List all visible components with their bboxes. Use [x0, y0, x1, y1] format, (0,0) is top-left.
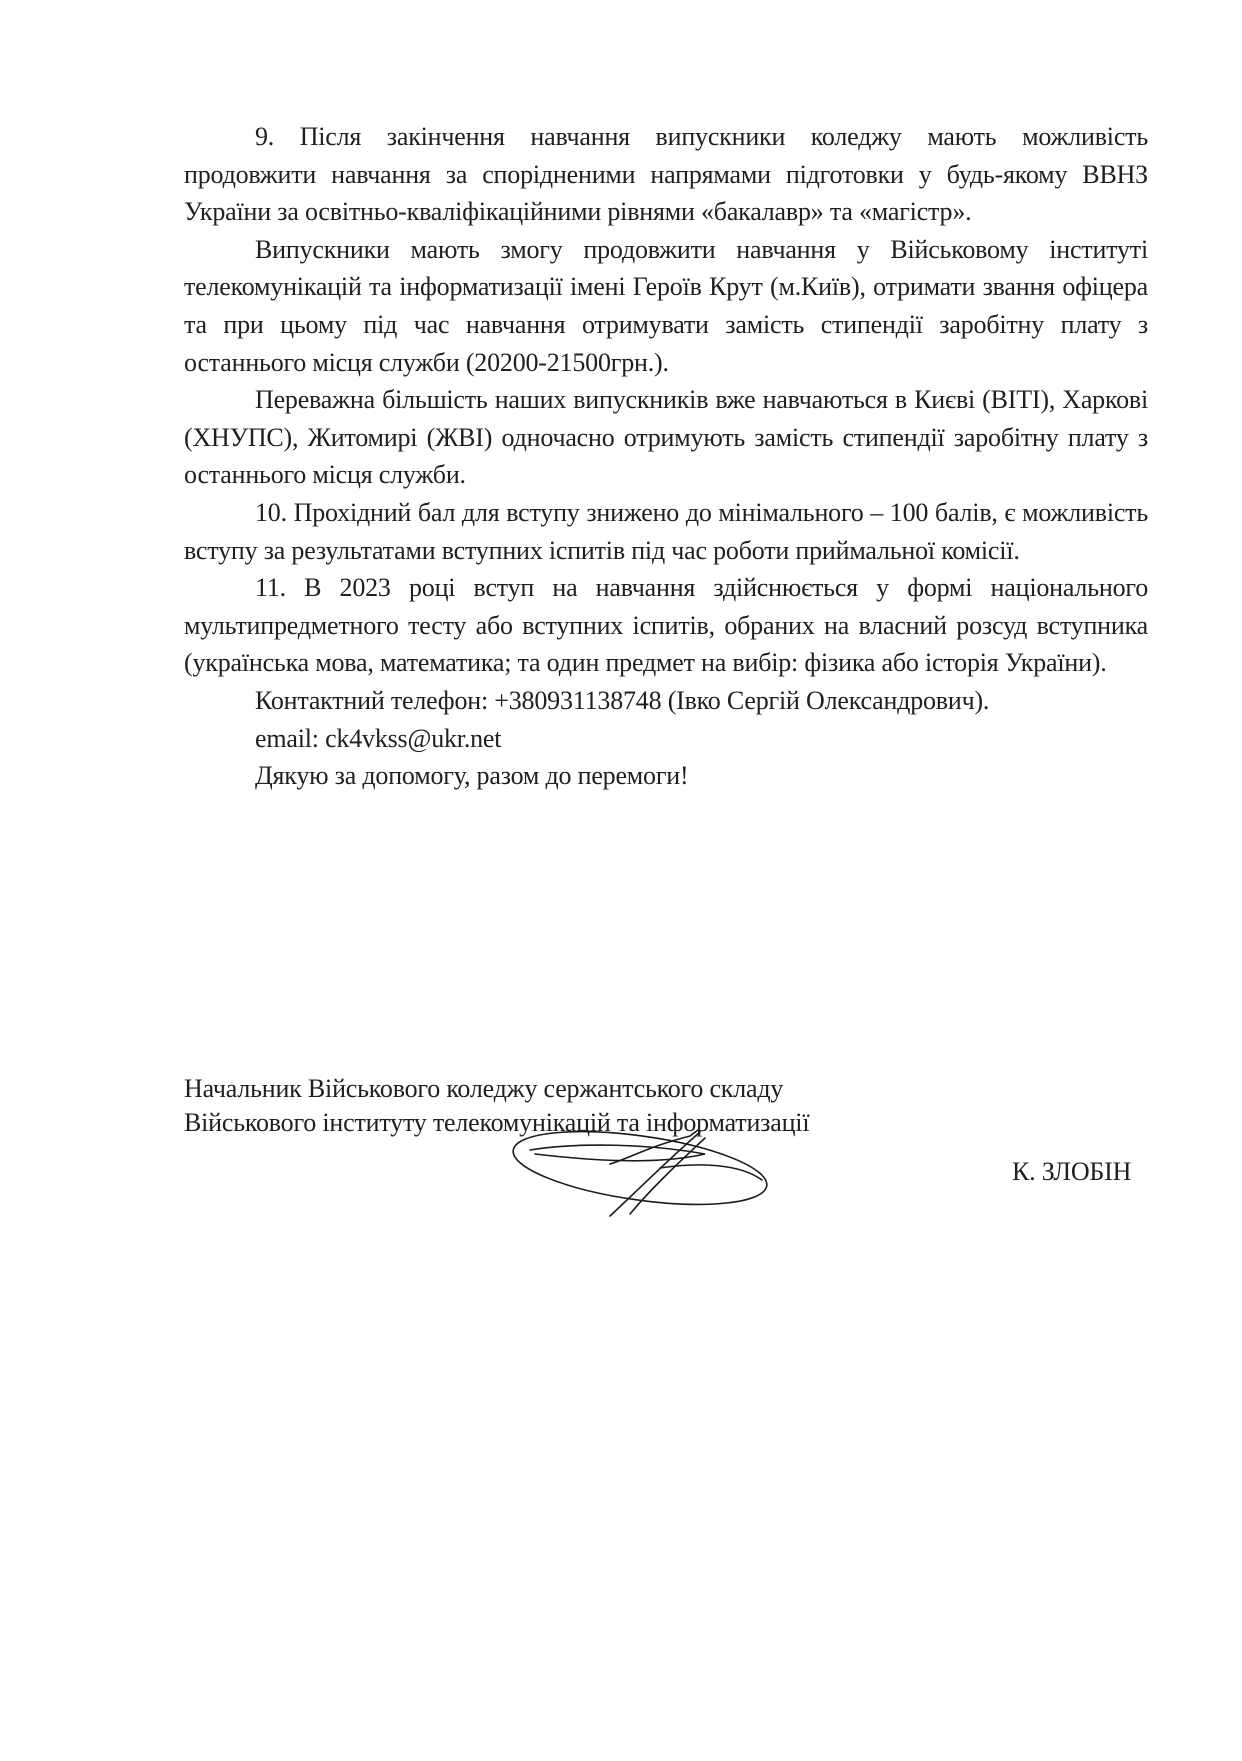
contact-phone: Контактний телефон: +380931138748 (Івко …: [184, 682, 1148, 720]
paragraph-item-10: 10. Прохідний бал для вступу знижено до …: [184, 494, 1148, 569]
paragraph-item-9: 9. Після закінчення навчання випускники …: [184, 118, 1148, 231]
document-page: 9. Після закінчення навчання випускники …: [0, 0, 1242, 1761]
contact-email: email: ck4vkss@ukr.net: [184, 720, 1148, 758]
paragraph-graduates-cities: Переважна більшість наших випускників вж…: [184, 381, 1148, 494]
handwritten-signature-icon: [500, 1128, 820, 1218]
paragraph-item-11: 11. В 2023 році вступ на навчання здійсн…: [184, 569, 1148, 682]
document-body: 9. Після закінчення навчання випускники …: [184, 118, 1148, 795]
signer-name: К. ЗЛОБІН: [1012, 1157, 1131, 1187]
paragraph-graduates-viti: Випускники мають змогу продовжити навчан…: [184, 231, 1148, 381]
closing-line: Дякую за допомогу, разом до перемоги!: [184, 757, 1148, 795]
signer-title-line-1: Начальник Військового коледжу сержантськ…: [184, 1072, 809, 1106]
